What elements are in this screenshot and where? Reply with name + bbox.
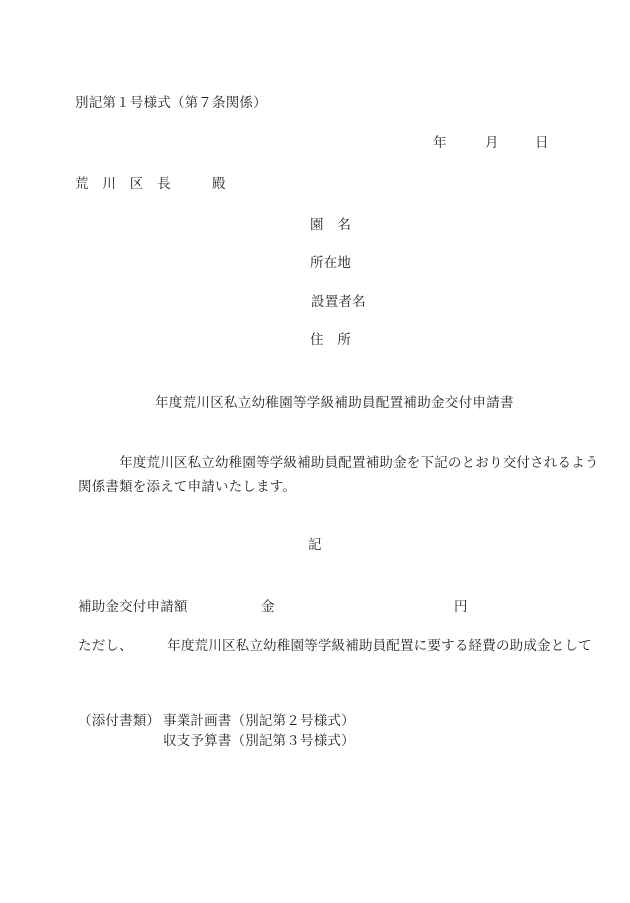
addressee-line: 荒 川 区 長 殿	[75, 174, 226, 194]
amount-label: 補助金交付申請額	[78, 597, 188, 617]
field-label-kindergarten-name: 園 名	[310, 215, 351, 235]
proviso-line: ただし、 年度荒川区私立幼稚園等学級補助員配置に要する経費の助成金として	[78, 636, 592, 656]
amount-currency-suffix: 円	[454, 597, 468, 617]
field-label-address: 住 所	[310, 330, 351, 350]
field-label-location: 所在地	[310, 253, 351, 273]
document-title: 年度荒川区私立幼稚園等学級補助員配置補助金交付申請書	[155, 393, 514, 413]
amount-currency-prefix: 金	[261, 597, 275, 617]
attachment-item-budget: 収支予算書（別記第３号様式）	[163, 731, 355, 751]
record-marker: 記	[308, 535, 322, 555]
application-form-page: 別記第１号様式（第７条関係） 年 月 日 荒 川 区 長 殿 園 名 所在地 設…	[0, 0, 630, 903]
attachments-label: （添付書類）	[78, 711, 160, 731]
date-day-label: 日	[535, 133, 549, 153]
body-line-1: 年度荒川区私立幼稚園等学級補助員配置補助金を下記のとおり交付されるよう	[78, 452, 599, 474]
form-style-note: 別記第１号様式（第７条関係）	[75, 93, 267, 113]
attachment-item-business-plan: 事業計画書（別記第２号様式）	[163, 711, 355, 731]
body-line-2: 関係書類を添えて申請いたします。	[78, 476, 296, 498]
date-year-label: 年	[433, 133, 447, 153]
field-label-founder-name: 設置者名	[311, 292, 366, 312]
date-month-label: 月	[485, 133, 499, 153]
